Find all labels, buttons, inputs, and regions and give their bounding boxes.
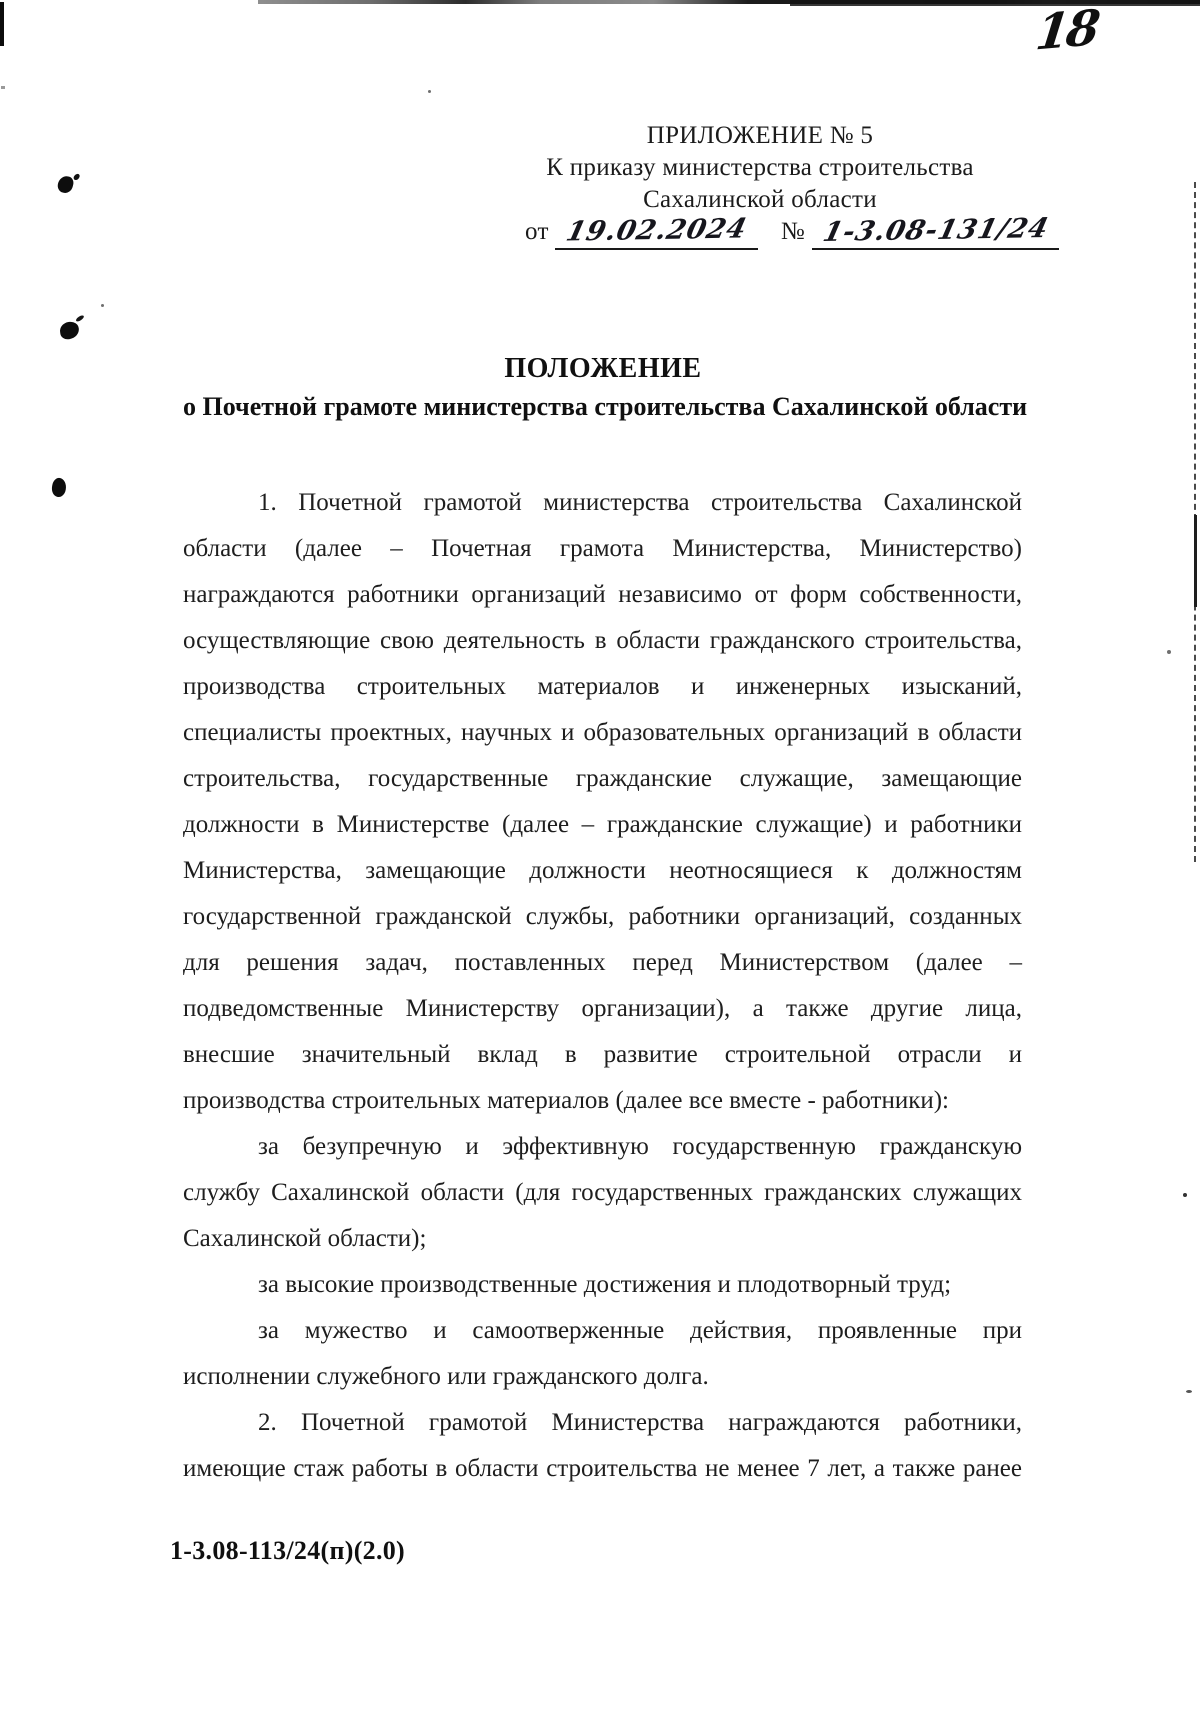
body-line: производства строительных материалов и и…	[183, 664, 1022, 710]
ink-blot	[59, 321, 80, 340]
date-prefix: от	[525, 218, 549, 245]
body-line: имеющие стаж работы в области строительс…	[183, 1446, 1022, 1492]
handwritten-number: 1-3.08-131/24	[820, 214, 1052, 248]
body-line: за безупречную и эффективную государстве…	[183, 1124, 1022, 1170]
scan-vertical-line-right-solid	[1194, 515, 1197, 607]
body-line: 1. Почетной грамотой министерства строит…	[183, 480, 1022, 526]
document-title: ПОЛОЖЕНИЕ	[183, 350, 1023, 388]
appendix-order-line: К приказу министерства строительства	[525, 152, 995, 184]
scan-dot-top-left	[1, 86, 5, 89]
appendix-region-line: Сахалинской области	[525, 184, 995, 216]
body-text: 1. Почетной грамотой министерства строит…	[183, 480, 1022, 1492]
handwritten-date: 19.02.2024	[563, 214, 750, 247]
scan-speck	[101, 304, 104, 307]
scan-speck	[1183, 1193, 1187, 1197]
body-line: 2. Почетной грамотой Министерства награж…	[183, 1400, 1022, 1446]
body-line: службу Сахалинской области (для государс…	[183, 1170, 1022, 1216]
scan-speck	[1167, 650, 1171, 654]
ink-blot	[56, 174, 75, 194]
document-subtitle: о Почетной грамоте министерства строител…	[183, 388, 1023, 426]
appendix-date-number-line: от 19.02.2024 № 1-3.08-131/24	[525, 216, 995, 250]
body-line: для решения задач, поставленных перед Ми…	[183, 940, 1022, 986]
body-line: внесшие значительный вклад в развитие ст…	[183, 1032, 1022, 1078]
scanned-document-page: 18 ПРИЛОЖЕНИЕ № 5 К приказу министерства…	[0, 0, 1200, 1712]
body-line: Сахалинской области);	[183, 1216, 1022, 1262]
appendix-header: ПРИЛОЖЕНИЕ № 5 К приказу министерства ст…	[525, 120, 995, 250]
ink-blot	[50, 477, 67, 498]
number-sign: №	[781, 218, 805, 245]
body-line: строительства, государственные гражданск…	[183, 756, 1022, 802]
body-line: государственной гражданской службы, рабо…	[183, 894, 1022, 940]
scan-mark-top-left	[0, 2, 4, 46]
scan-speck	[1186, 1390, 1192, 1393]
handwritten-number-underlined: 1-3.08-131/24	[812, 216, 1060, 250]
body-line: осуществляющие свою деятельность в облас…	[183, 618, 1022, 664]
handwritten-date-underlined: 19.02.2024	[555, 216, 758, 250]
footer-document-code: 1-3.08-113/24(п)(2.0)	[170, 1536, 405, 1566]
document-title-block: ПОЛОЖЕНИЕ о Почетной грамоте министерств…	[183, 350, 1023, 426]
appendix-title: ПРИЛОЖЕНИЕ № 5	[525, 120, 995, 152]
body-line: должности в Министерстве (далее – гражда…	[183, 802, 1022, 848]
body-line: исполнении служебного или гражданского д…	[183, 1354, 1022, 1400]
scan-speck	[428, 90, 431, 93]
body-line: подведомственные Министерству организаци…	[183, 986, 1022, 1032]
body-line: за мужество и самоотверженные действия, …	[183, 1308, 1022, 1354]
body-line: области (далее – Почетная грамота Минист…	[183, 526, 1022, 572]
body-line: производства строительных материалов (да…	[183, 1078, 1022, 1124]
handwritten-page-number: 18	[1033, 0, 1160, 62]
body-line: за высокие производственные достижения и…	[183, 1262, 1022, 1308]
body-line: специалисты проектных, научных и образов…	[183, 710, 1022, 756]
body-line: награждаются работники организаций незав…	[183, 572, 1022, 618]
body-line: Министерства, замещающие должности неотн…	[183, 848, 1022, 894]
